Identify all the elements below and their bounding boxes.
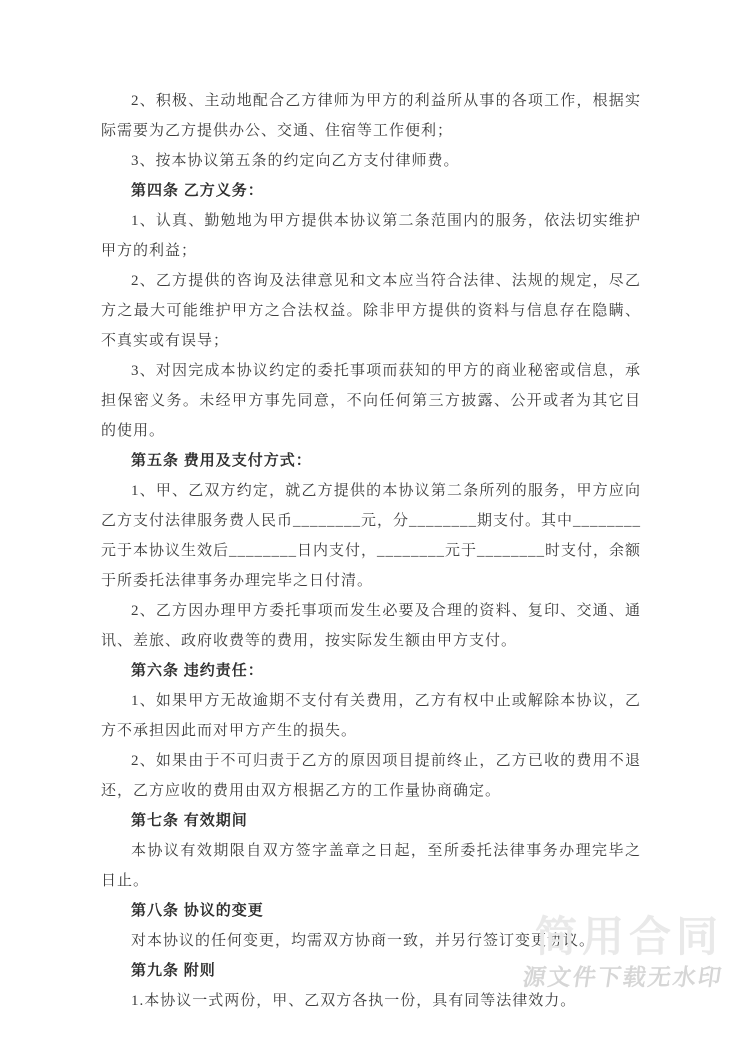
- contract-paragraph: 对本协议的任何变更，均需双方协商一致，并另行签订变更协议。: [101, 926, 641, 956]
- section-heading-article-8: 第八条 协议的变更: [101, 896, 641, 926]
- section-heading-article-9: 第九条 附则: [101, 956, 641, 986]
- contract-paragraph: 2、如果由于不可归责于乙方的原因项目提前终止，乙方已收的费用不退还，乙方应收的费…: [101, 746, 641, 806]
- section-heading-article-7: 第七条 有效期间: [101, 806, 641, 836]
- section-heading-article-5: 第五条 费用及支付方式：: [101, 446, 641, 476]
- contract-paragraph: 1、如果甲方无故逾期不支付有关费用，乙方有权中止或解除本协议，乙方不承担因此而对…: [101, 686, 641, 746]
- contract-paragraph: 2、积极、主动地配合乙方律师为甲方的利益所从事的各项工作，根据实际需要为乙方提供…: [101, 86, 641, 146]
- contract-paragraph: 本协议有效期限自双方签字盖章之日起，至所委托法律事务办理完毕之日止。: [101, 836, 641, 896]
- contract-paragraph: 2、乙方提供的咨询及法律意见和文本应当符合法律、法规的规定，尽乙方之最大可能维护…: [101, 266, 641, 356]
- section-heading-article-6: 第六条 违约责任：: [101, 656, 641, 686]
- contract-paragraph: 1.本协议一式两份，甲、乙双方各执一份，具有同等法律效力。: [101, 986, 641, 1016]
- contract-paragraph: 2、乙方因办理甲方委托事项而发生必要及合理的资料、复印、交通、通讯、差旅、政府收…: [101, 596, 641, 656]
- contract-paragraph: 3、按本协议第五条的约定向乙方支付律师费。: [101, 146, 641, 176]
- contract-body: 2、积极、主动地配合乙方律师为甲方的利益所从事的各项工作，根据实际需要为乙方提供…: [101, 86, 641, 1016]
- section-heading-article-4: 第四条 乙方义务：: [101, 176, 641, 206]
- contract-paragraph: 3、对因完成本协议约定的委托事项而获知的甲方的商业秘密或信息，承担保密义务。未经…: [101, 356, 641, 446]
- document-page: 2、积极、主动地配合乙方律师为甲方的利益所从事的各项工作，根据实际需要为乙方提供…: [0, 0, 742, 1049]
- contract-paragraph: 1、认真、勤勉地为甲方提供本协议第二条范围内的服务，依法切实维护甲方的利益；: [101, 206, 641, 266]
- contract-paragraph-with-blanks: 1、甲、乙双方约定，就乙方提供的本协议第二条所列的服务，甲方应向乙方支付法律服务…: [101, 476, 641, 596]
